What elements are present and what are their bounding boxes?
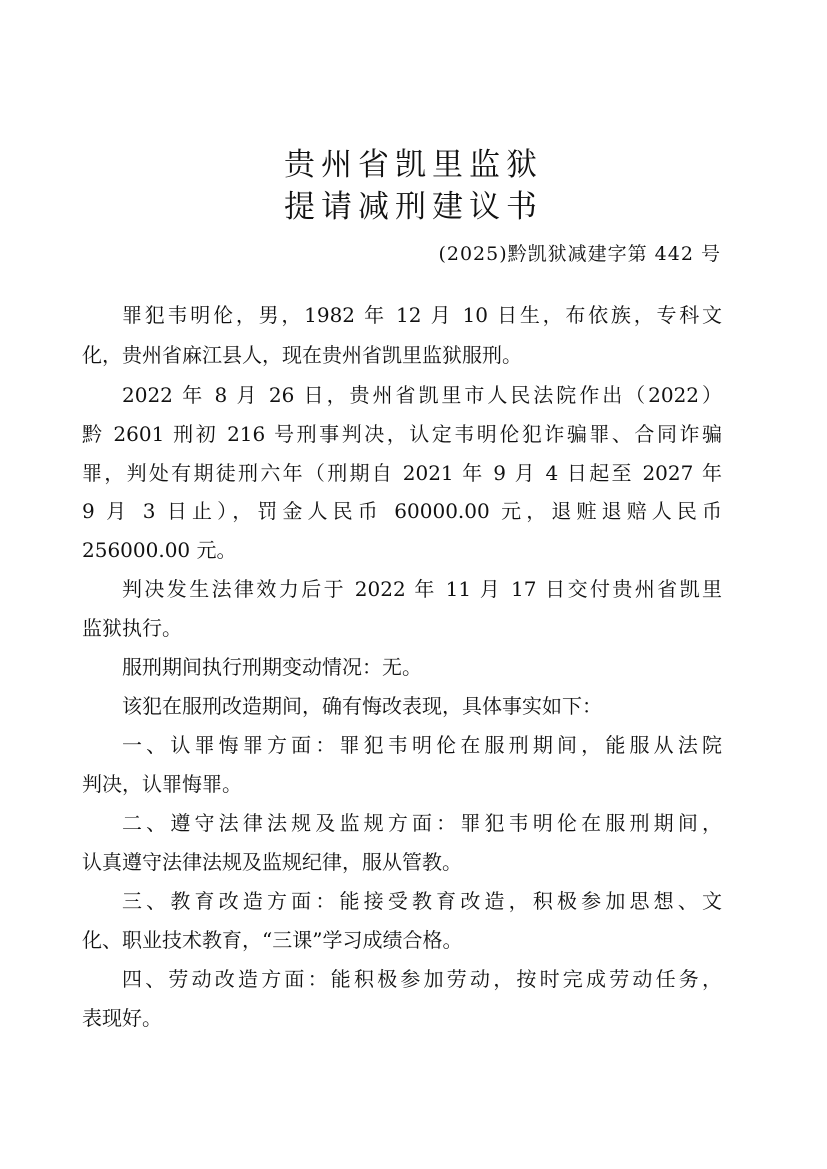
body-text-line: 服刑期间执行刑期变动情况：无。 xyxy=(122,654,722,680)
document-title-institution: 贵州省凯里监狱 xyxy=(0,147,827,183)
body-text-line: 三、教育改造方面：能接受教育改造，积极参加思想、文 xyxy=(122,888,722,914)
body-text-line: 监狱执行。 xyxy=(82,615,722,641)
body-text-line: 二、遵守法律法规及监规方面：罪犯韦明伦在服刑期间， xyxy=(122,810,722,836)
body-text-line: 256000.00 元。 xyxy=(82,537,722,563)
document-page: 贵州省凯里监狱 提请减刑建议书 (2025)黔凯狱减建字第 442 号 罪犯韦明… xyxy=(0,0,827,1169)
body-text-line: 认真遵守法律法规及监规纪律，服从管教。 xyxy=(82,849,722,875)
body-text-line: 化、职业技术教育，“三课”学习成绩合格。 xyxy=(82,927,722,953)
body-text-line: 9 月 3 日止），罚金人民币 60000.00 元，退赃退赔人民币 xyxy=(82,498,722,524)
body-text-line: 表现好。 xyxy=(82,1005,722,1031)
body-text-line: 一、认罪悔罪方面：罪犯韦明伦在服刑期间，能服从法院 xyxy=(122,732,722,758)
body-text-line: 该犯在服刑改造期间，确有悔改表现，具体事实如下： xyxy=(122,693,722,719)
body-text-line: 罪犯韦明伦，男，1982 年 12 月 10 日生，布依族，专科文 xyxy=(122,302,722,328)
body-text-line: 判决，认罪悔罪。 xyxy=(82,771,722,797)
document-title-type: 提请减刑建议书 xyxy=(0,189,827,225)
body-text-line: 黔 2601 刑初 216 号刑事判决，认定韦明伦犯诈骗罪、合同诈骗 xyxy=(82,421,722,447)
body-text-line: 化，贵州省麻江县人，现在贵州省凯里监狱服刑。 xyxy=(82,342,722,368)
body-text-line: 判决发生法律效力后于 2022 年 11 月 17 日交付贵州省凯里 xyxy=(122,576,722,602)
document-number: (2025)黔凯狱减建字第 442 号 xyxy=(438,241,721,267)
body-text-line: 罪，判处有期徒刑六年（刑期自 2021 年 9 月 4 日起至 2027 年 xyxy=(82,460,722,486)
body-text-line: 四、劳动改造方面：能积极参加劳动，按时完成劳动任务， xyxy=(122,966,722,992)
body-text-line: 2022 年 8 月 26 日，贵州省凯里市人民法院作出（2022） xyxy=(122,382,722,408)
